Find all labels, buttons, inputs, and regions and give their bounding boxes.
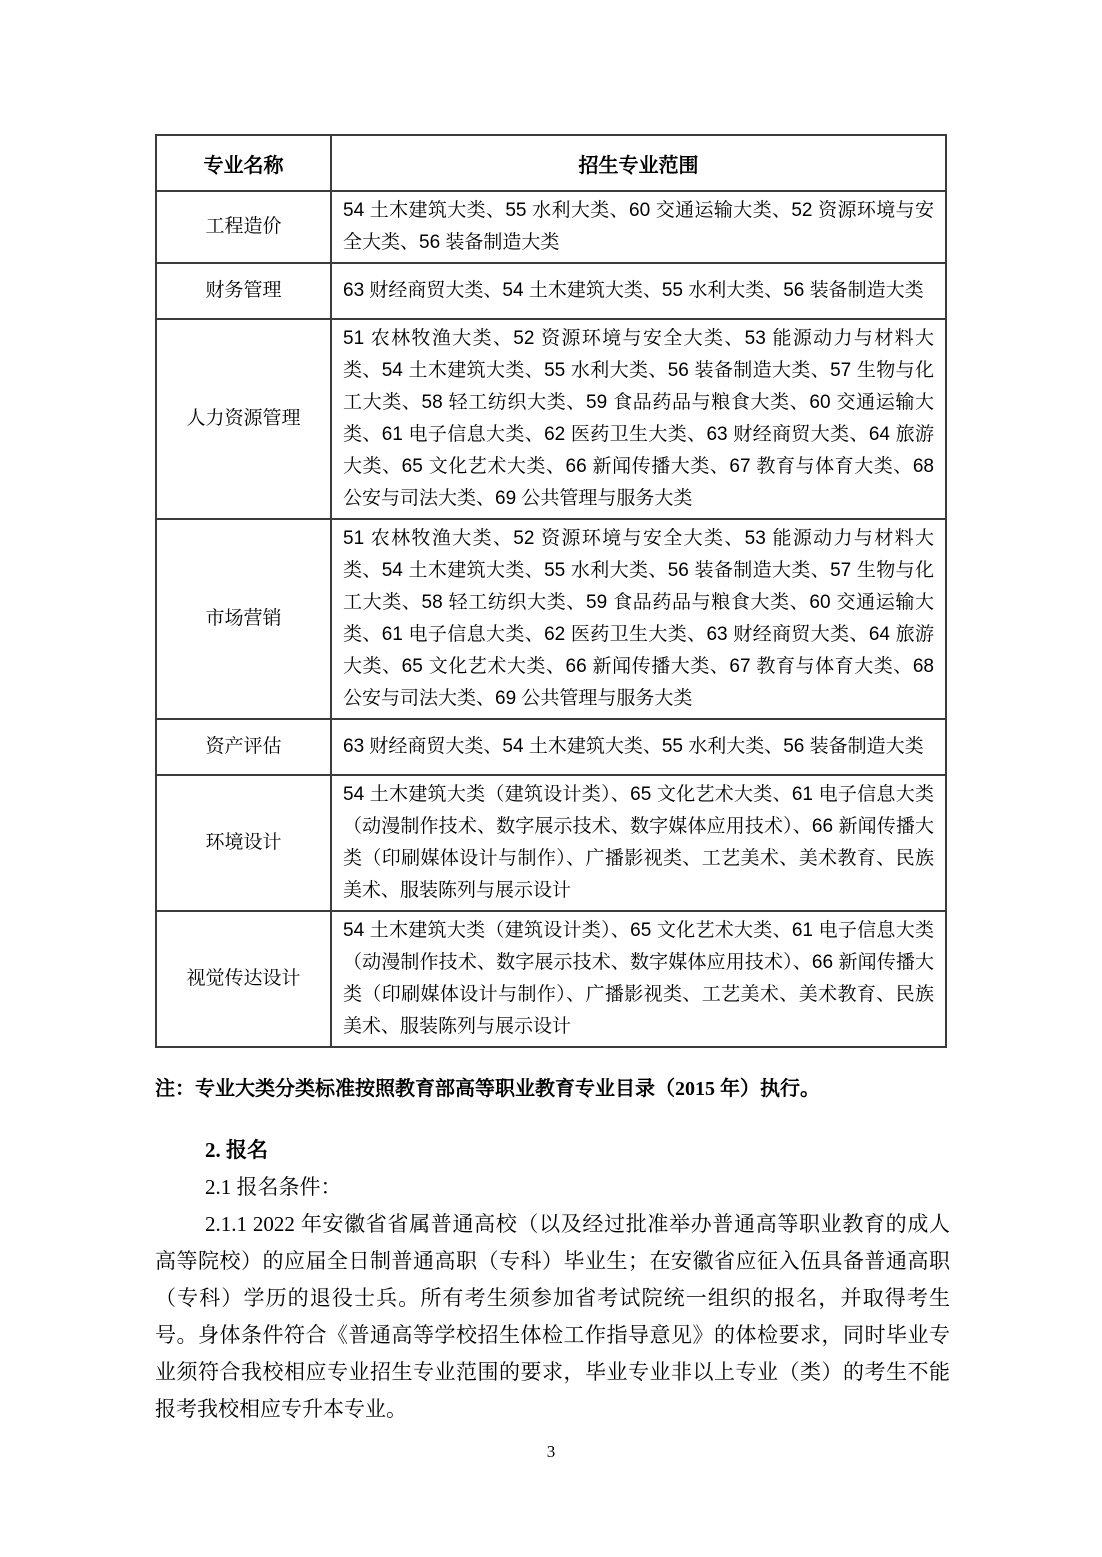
table-row: 环境设计 54 土木建筑大类（建筑设计类）、65 文化艺术大类、61 电子信息大…: [156, 775, 946, 911]
table-header-row: 专业名称 招生专业范围: [156, 135, 946, 191]
major-name-cell: 市场营销: [156, 519, 331, 719]
major-name-cell: 环境设计: [156, 775, 331, 911]
table-row: 财务管理 63 财经商贸大类、54 土木建筑大类、55 水利大类、56 装备制造…: [156, 263, 946, 319]
section-subheading: 2.1 报名条件：: [155, 1169, 950, 1206]
section-heading: 2. 报名: [155, 1132, 950, 1169]
scope-cell: 54 土木建筑大类（建筑设计类）、65 文化艺术大类、61 电子信息大类（动漫制…: [331, 911, 946, 1047]
page-number: 3: [0, 1442, 1102, 1462]
major-name-cell: 财务管理: [156, 263, 331, 319]
table-row: 工程造价 54 土木建筑大类、55 水利大类、60 交通运输大类、52 资源环境…: [156, 191, 946, 263]
majors-table: 专业名称 招生专业范围 工程造价 54 土木建筑大类、55 水利大类、60 交通…: [155, 134, 947, 1048]
table-header-major: 专业名称: [156, 135, 331, 191]
table-row: 视觉传达设计 54 土木建筑大类（建筑设计类）、65 文化艺术大类、61 电子信…: [156, 911, 946, 1047]
note-text: 注：专业大类分类标准按照教育部高等职业教育专业目录（2015 年）执行。: [155, 1074, 950, 1104]
major-name-cell: 资产评估: [156, 719, 331, 775]
document-page: 专业名称 招生专业范围 工程造价 54 土木建筑大类、55 水利大类、60 交通…: [0, 0, 1102, 1557]
scope-cell: 54 土木建筑大类、55 水利大类、60 交通运输大类、52 资源环境与安全大类…: [331, 191, 946, 263]
scope-cell: 54 土木建筑大类（建筑设计类）、65 文化艺术大类、61 电子信息大类（动漫制…: [331, 775, 946, 911]
major-name-cell: 工程造价: [156, 191, 331, 263]
table-row: 市场营销 51 农林牧渔大类、52 资源环境与安全大类、53 能源动力与材料大类…: [156, 519, 946, 719]
scope-cell: 63 财经商贸大类、54 土木建筑大类、55 水利大类、56 装备制造大类: [331, 263, 946, 319]
page-content: 专业名称 招生专业范围 工程造价 54 土木建筑大类、55 水利大类、60 交通…: [0, 0, 1102, 1428]
table-row: 人力资源管理 51 农林牧渔大类、52 资源环境与安全大类、53 能源动力与材料…: [156, 319, 946, 519]
major-name-cell: 视觉传达设计: [156, 911, 331, 1047]
scope-cell: 51 农林牧渔大类、52 资源环境与安全大类、53 能源动力与材料大类、54 土…: [331, 519, 946, 719]
table-header-scope: 招生专业范围: [331, 135, 946, 191]
body-paragraph: 2.1.1 2022 年安徽省省属普通高校（以及经过批准举办普通高等职业教育的成…: [155, 1206, 950, 1428]
major-name-cell: 人力资源管理: [156, 319, 331, 519]
scope-cell: 51 农林牧渔大类、52 资源环境与安全大类、53 能源动力与材料大类、54 土…: [331, 319, 946, 519]
scope-cell: 63 财经商贸大类、54 土木建筑大类、55 水利大类、56 装备制造大类: [331, 719, 946, 775]
table-row: 资产评估 63 财经商贸大类、54 土木建筑大类、55 水利大类、56 装备制造…: [156, 719, 946, 775]
